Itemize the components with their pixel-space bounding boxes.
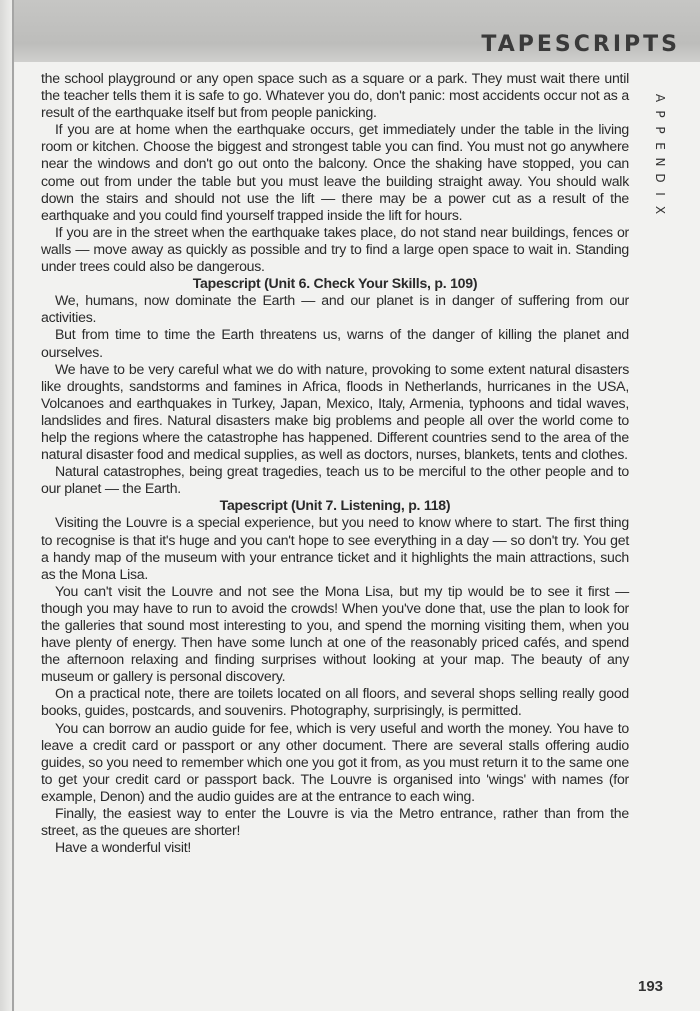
paragraph: We have to be very careful what we do wi… [41, 361, 629, 464]
paragraph: the school playground or any open space … [41, 70, 629, 121]
paragraph: You can't visit the Louvre and not see t… [41, 583, 629, 686]
side-label-letter: A [652, 91, 668, 105]
side-label-letter: X [652, 203, 668, 217]
side-label-letter: N [652, 155, 668, 169]
page-number: 193 [638, 978, 663, 995]
paragraph: Visiting the Louvre is a special experie… [41, 514, 629, 582]
paragraph: Have a wonderful visit! [41, 839, 629, 856]
side-label-letter: E [652, 139, 668, 153]
paragraph: If you are in the street when the earthq… [41, 224, 629, 275]
paragraph: On a practical note, there are toilets l… [41, 685, 629, 719]
paragraph: But from time to time the Earth threaten… [41, 326, 629, 360]
section-heading-unit7: Tapescript (Unit 7. Listening, p. 118) [41, 497, 629, 514]
page-body: the school playground or any open space … [41, 70, 629, 856]
page-section-title: TAPESCRIPTS [481, 32, 680, 57]
page-header-band: TAPESCRIPTS [14, 0, 700, 62]
paragraph: We, humans, now dominate the Earth — and… [41, 292, 629, 326]
side-label-letter: D [652, 171, 668, 185]
book-gutter-line [12, 0, 14, 1011]
paragraph: Natural catastrophes, being great traged… [41, 463, 629, 497]
paragraph: You can borrow an audio guide for fee, w… [41, 720, 629, 805]
section-heading-unit6: Tapescript (Unit 6. Check Your Skills, p… [41, 275, 629, 292]
paragraph: If you are at home when the earthquake o… [41, 121, 629, 224]
appendix-side-label: A P P E N D I X [653, 90, 667, 218]
side-label-letter: P [652, 107, 668, 121]
paragraph: Finally, the easiest way to enter the Lo… [41, 805, 629, 839]
side-label-letter: I [652, 187, 668, 201]
side-label-letter: P [652, 123, 668, 137]
